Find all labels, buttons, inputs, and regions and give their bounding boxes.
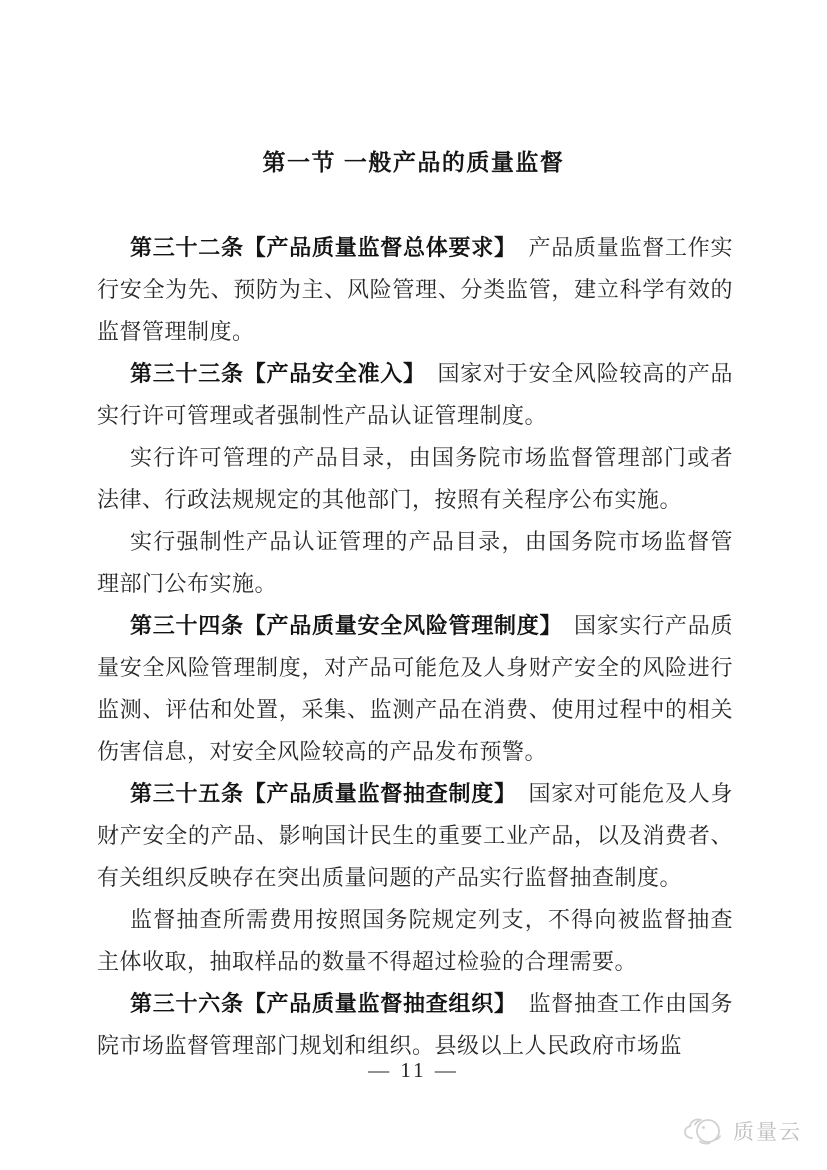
paragraph-article-32: 第三十二条【产品质量监督总体要求】 产品质量监督工作实行安全为先、预防为主、风险… <box>97 227 733 353</box>
paragraph-article-35: 第三十五条【产品质量监督抽查制度】 国家对可能危及人身财产安全的产品、影响国计民… <box>97 773 733 899</box>
article-34-heading: 第三十四条【产品质量安全风险管理制度】 <box>130 613 551 638</box>
article-33-clause-2-text: 实行许可管理的产品目录，由国务院市场监督管理部门或者法律、行政法规规定的其他部门… <box>97 445 733 512</box>
article-32-heading: 第三十二条【产品质量监督总体要求】 <box>130 235 506 260</box>
section-title: 第一节 一般产品的质量监督 <box>0 144 827 177</box>
watermark-label: 质量云 <box>733 1116 802 1146</box>
paragraph-article-33-clause-2: 实行许可管理的产品目录，由国务院市场监督管理部门或者法律、行政法规规定的其他部门… <box>97 437 733 521</box>
article-35-clause-2-text: 监督抽查所需费用按照国务院规定列支，不得向被监督抽查主体收取，抽取样品的数量不得… <box>97 907 733 974</box>
paragraph-article-35-clause-2: 监督抽查所需费用按照国务院规定列支，不得向被监督抽查主体收取，抽取样品的数量不得… <box>97 899 733 983</box>
paragraph-article-34: 第三十四条【产品质量安全风险管理制度】 国家实行产品质量安全风险管理制度，对产品… <box>97 605 733 773</box>
article-33-clause-3-text: 实行强制性产品认证管理的产品目录，由国务院市场监督管理部门公布实施。 <box>97 529 733 596</box>
article-33-heading: 第三十三条【产品安全准入】 <box>130 361 415 386</box>
cloud-logo-icon <box>682 1114 726 1148</box>
document-page: 第一节 一般产品的质量监督 第三十二条【产品质量监督总体要求】 产品质量监督工作… <box>0 0 827 1170</box>
document-body: 第三十二条【产品质量监督总体要求】 产品质量监督工作实行安全为先、预防为主、风险… <box>97 227 733 1067</box>
article-35-heading: 第三十五条【产品质量监督抽查制度】 <box>130 781 506 806</box>
paragraph-article-36: 第三十六条【产品质量监督抽查组织】 监督抽查工作由国务院市场监督管理部门规划和组… <box>97 983 733 1067</box>
paragraph-article-33: 第三十三条【产品安全准入】 国家对于安全风险较高的产品实行许可管理或者强制性产品… <box>97 353 733 437</box>
page-number: — 11 — <box>0 1058 827 1083</box>
article-36-heading: 第三十六条【产品质量监督抽查组织】 <box>130 991 506 1016</box>
watermark: 质量云 <box>682 1114 802 1148</box>
paragraph-article-33-clause-3: 实行强制性产品认证管理的产品目录，由国务院市场监督管理部门公布实施。 <box>97 521 733 605</box>
